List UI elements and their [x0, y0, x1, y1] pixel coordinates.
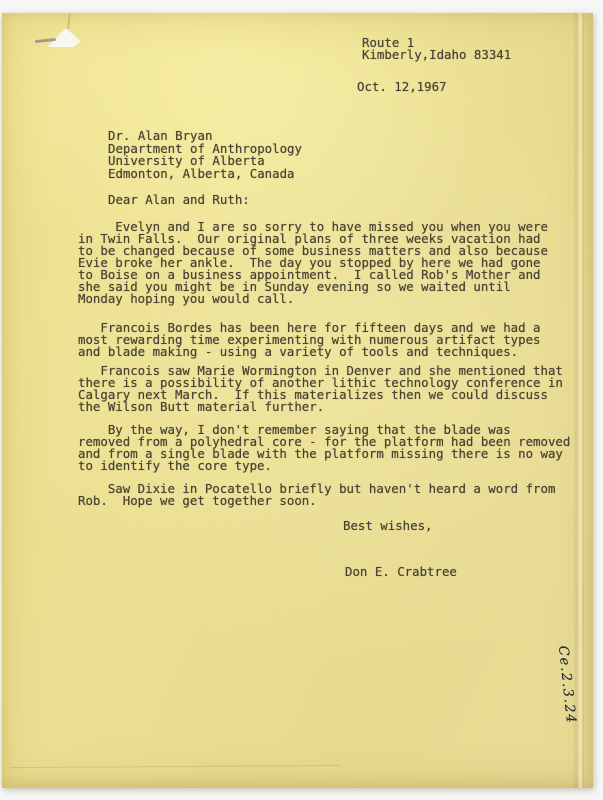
sender-address-line: Kimberly,Idaho 83341 — [362, 49, 511, 61]
body-line: Rob. Hope we get together soon. — [78, 495, 555, 507]
date-line: Oct. 12,1967 — [357, 81, 447, 93]
recipient-address: Dr. Alan Bryan Department of Anthropolog… — [108, 130, 302, 180]
paragraph-1: Evelyn and I are so sorry to have missed… — [78, 221, 548, 305]
body-line: to identify the core type. — [78, 460, 570, 472]
closing: Best wishes, — [343, 520, 433, 532]
body-line: the Wilson Butt material further. — [78, 401, 563, 413]
scan-background: Route 1 Kimberly,Idaho 83341 Oct. 12,196… — [0, 0, 603, 800]
paragraph-2: Francois Bordes has been here for fiftee… — [78, 322, 541, 358]
sender-address: Route 1 Kimberly,Idaho 83341 — [362, 37, 511, 61]
recipient-address-line: Edmonton, Alberta, Canada — [108, 168, 302, 181]
body-line: Monday hoping you would call. — [78, 293, 548, 305]
letter-paper: Route 1 Kimberly,Idaho 83341 Oct. 12,196… — [2, 13, 593, 788]
body-line: and blade making - using a variety of to… — [78, 346, 541, 358]
top-crease — [67, 13, 71, 29]
bottom-crease — [10, 765, 340, 768]
signature: Don E. Crabtree — [345, 566, 457, 578]
paragraph-5: Saw Dixie in Pocatello briefly but haven… — [78, 483, 555, 507]
right-fold-crease — [573, 13, 584, 788]
paragraph-3: Francois saw Marie Wormington in Denver … — [78, 365, 563, 413]
paragraph-4: By the way, I don't remember saying that… — [78, 424, 570, 472]
salutation: Dear Alan and Ruth: — [108, 194, 250, 206]
